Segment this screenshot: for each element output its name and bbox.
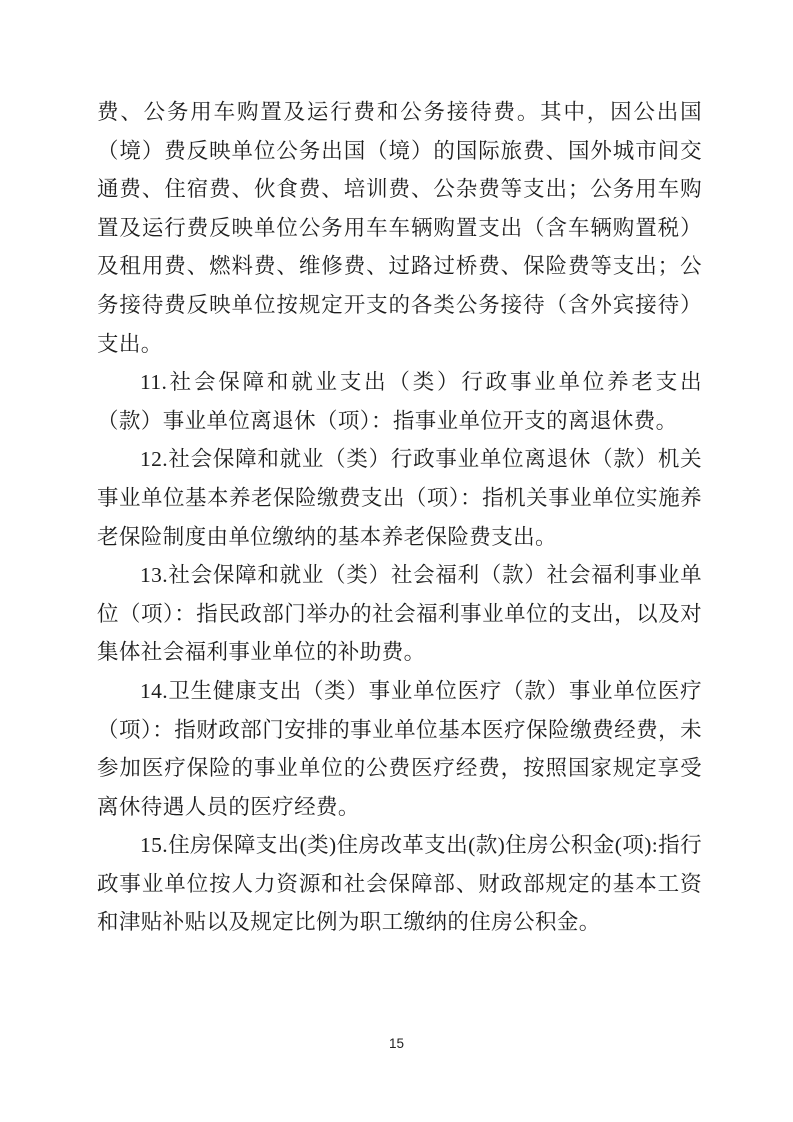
paragraph: 13.社会保障和就业（类）社会福利（款）社会福利事业单位（项）：指民政部门举办的… xyxy=(97,556,702,672)
paragraph: 15.住房保障支出(类)住房改革支出(款)住房公积金(项):指行政事业单位按人力… xyxy=(97,826,702,942)
page-number: 15 xyxy=(0,1036,793,1051)
document-body: 费、公务用车购置及运行费和公务接待费。其中，因公出国（境）费反映单位公务出国（境… xyxy=(97,93,702,942)
document-page: 费、公务用车购置及运行费和公务接待费。其中，因公出国（境）费反映单位公务出国（境… xyxy=(0,0,793,1122)
paragraph: 12.社会保障和就业（类）行政事业单位离退休（款）机关事业单位基本养老保险缴费支… xyxy=(97,440,702,556)
paragraph: 14.卫生健康支出（类）事业单位医疗（款）事业单位医疗（项）：指财政部门安排的事… xyxy=(97,672,702,826)
paragraph: 11.社会保障和就业支出（类）行政事业单位养老支出（款）事业单位离退休（项）：指… xyxy=(97,363,702,440)
paragraph: 费、公务用车购置及运行费和公务接待费。其中，因公出国（境）费反映单位公务出国（境… xyxy=(97,93,702,363)
